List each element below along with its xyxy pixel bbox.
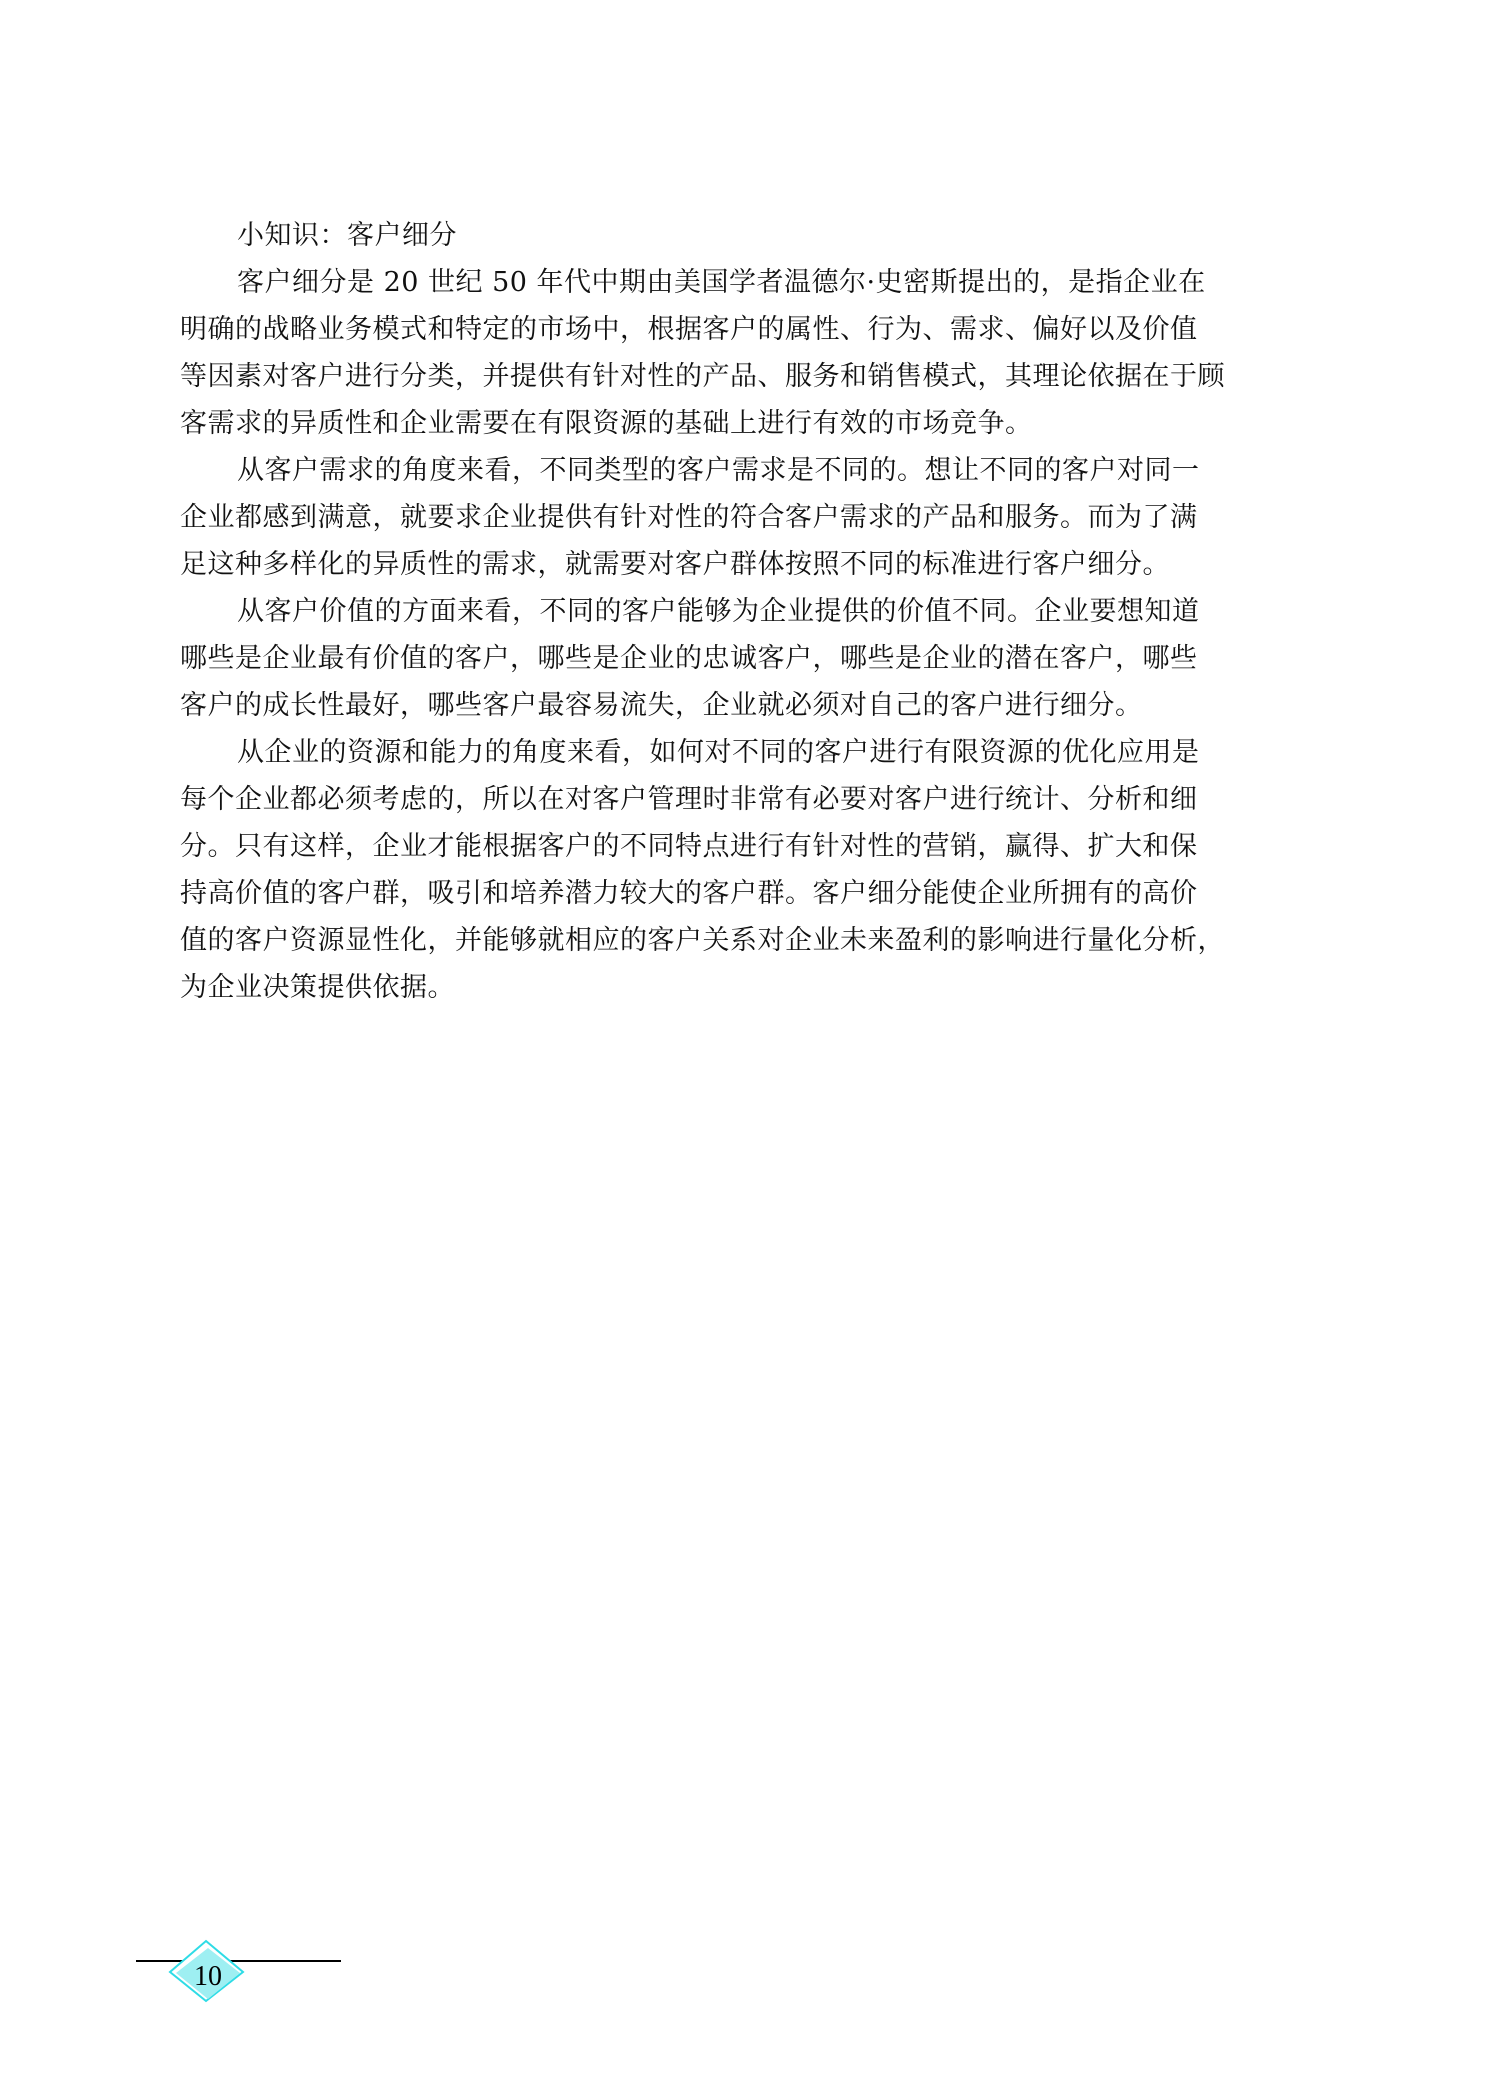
text-line: 分。只有这样，企业才能根据客户的不同特点进行有针对性的营销，赢得、扩大和保 [180,823,1283,870]
page-container: 小知识：客户细分 客户细分是 20 世纪 50 年代中期由美国学者温德尔·史密斯… [0,0,1504,2095]
text-line: 从企业的资源和能力的角度来看，如何对不同的客户进行有限资源的优化应用是 [180,729,1283,776]
text-line: 客户的成长性最好，哪些客户最容易流失，企业就必须对自己的客户进行细分。 [180,682,1283,729]
text-line: 客户细分是 20 世纪 50 年代中期由美国学者温德尔·史密斯提出的，是指企业在 [180,259,1283,306]
knowledge-note: 小知识：客户细分 客户细分是 20 世纪 50 年代中期由美国学者温德尔·史密斯… [180,212,1283,1011]
page-number-badge: 10 [150,1935,265,2015]
text-line: 值的客户资源显性化，并能够就相应的客户关系对企业未来盈利的影响进行量化分析， [180,917,1283,964]
text-line: 企业都感到满意，就要求企业提供有针对性的符合客户需求的产品和服务。而为了满 [180,494,1283,541]
text-line: 持高价值的客户群，吸引和培养潜力较大的客户群。客户细分能使企业所拥有的高价 [180,870,1283,917]
page-number: 10 [194,1961,222,1992]
text-line: 客需求的异质性和企业需要在有限资源的基础上进行有效的市场竞争。 [180,400,1283,447]
text-line: 足这种多样化的异质性的需求，就需要对客户群体按照不同的标准进行客户细分。 [180,541,1283,588]
text-line: 为企业决策提供依据。 [180,964,1283,1011]
text-line: 哪些是企业最有价值的客户，哪些是企业的忠诚客户，哪些是企业的潜在客户，哪些 [180,635,1283,682]
text-line: 每个企业都必须考虑的，所以在对客户管理时非常有必要对客户进行统计、分析和细 [180,776,1283,823]
section-title: 小知识：客户细分 [180,212,1283,259]
text-line: 明确的战略业务模式和特定的市场中，根据客户的属性、行为、需求、偏好以及价值 [180,306,1283,353]
text-line: 从客户价值的方面来看，不同的客户能够为企业提供的价值不同。企业要想知道 [180,588,1283,635]
text-line: 从客户需求的角度来看，不同类型的客户需求是不同的。想让不同的客户对同一 [180,447,1283,494]
text-line: 等因素对客户进行分类，并提供有针对性的产品、服务和销售模式，其理论依据在于顾 [180,353,1283,400]
